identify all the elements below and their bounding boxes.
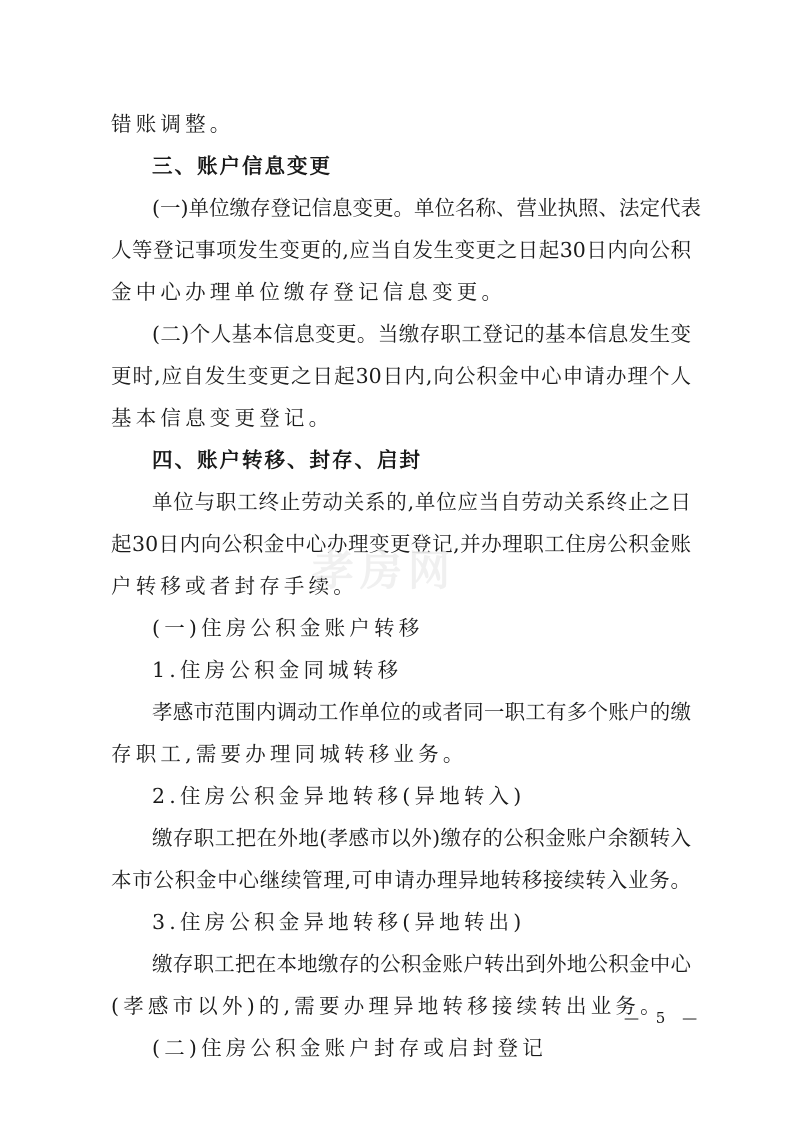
text-line: (孝感市以外)的,需要办理异地转移接续转出业务。 [111, 993, 691, 1019]
text-line: 2.住房公积金异地转移(异地转入) [152, 783, 691, 809]
text-line: 缴存职工把在本地缴存的公积金账户转出到外地公积金中心 [152, 951, 691, 977]
text-line: (二)住房公积金账户封存或启封登记 [152, 1035, 691, 1061]
text-line: 孝感市范围内调动工作单位的或者同一职工有多个账户的缴 [152, 699, 691, 725]
text-line: 存职工,需要办理同城转移业务。 [111, 741, 691, 767]
text-line: 本市公积金中心继续管理,可申请办理异地转移接续转入业务。 [111, 867, 691, 893]
text-line: 更时,应自发生变更之日起30日内,向公积金中心申请办理个人 [111, 363, 691, 389]
text-line: 人等登记事项发生变更的,应当自发生变更之日起30日内向公积 [111, 237, 691, 263]
section-heading: 四、账户转移、封存、启封 [152, 447, 691, 473]
text-line: 缴存职工把在外地(孝感市以外)缴存的公积金账户余额转入 [152, 825, 691, 851]
watermark: 孝房网 [312, 538, 456, 598]
text-line: 基本信息变更登记。 [111, 405, 691, 431]
text-line: (一)单位缴存登记信息变更。单位名称、营业执照、法定代表 [152, 195, 691, 221]
page-number: — 5 — [624, 1009, 703, 1027]
text-line: 1.住房公积金同城转移 [152, 657, 691, 683]
text-line: (二)个人基本信息变更。当缴存职工登记的基本信息发生变 [152, 321, 691, 347]
text-line: 单位与职工终止劳动关系的,单位应当自劳动关系终止之日 [152, 489, 691, 515]
text-line: (一)住房公积金账户转移 [152, 615, 691, 641]
section-heading: 三、账户信息变更 [152, 153, 691, 179]
text-line: 3.住房公积金异地转移(异地转出) [152, 909, 691, 935]
text-line: 金中心办理单位缴存登记信息变更。 [111, 279, 691, 305]
text-line: 错账调整。 [111, 111, 691, 137]
